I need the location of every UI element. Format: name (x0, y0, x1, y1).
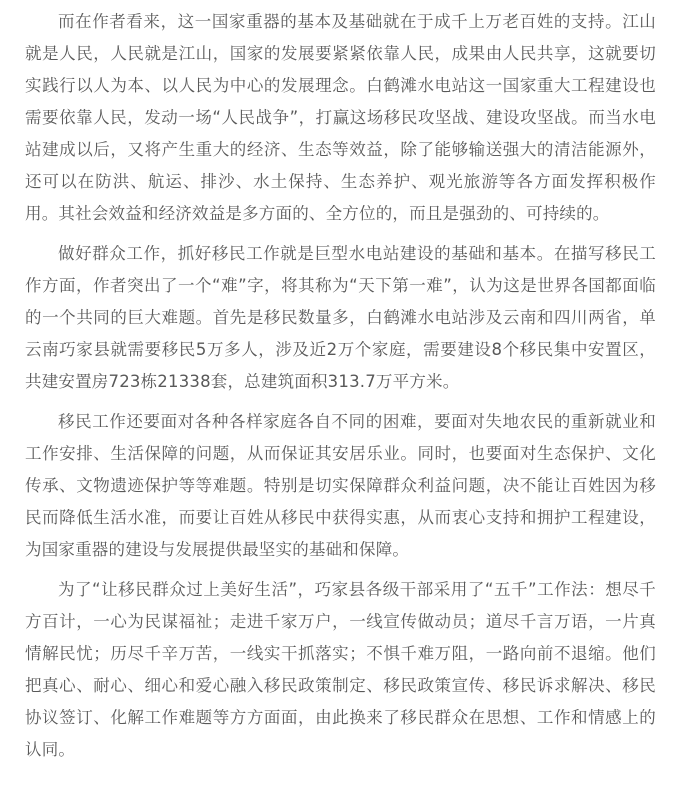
document-page: 而在作者看来，这一国家重器的基本及基础就在于成千上万老百姓的支持。江山就是人民，… (0, 0, 681, 803)
paragraph-3: 移民工作还要面对各种各样家庭各自不同的困难，要面对失地农民的重新就业和工作安排、… (25, 406, 656, 566)
paragraph-4: 为了“让移民群众过上美好生活”，巧家县各级干部采用了“五千”工作法：想尽千方百计… (25, 574, 656, 766)
paragraph-2: 做好群众工作，抓好移民工作就是巨型水电站建设的基础和基本。在描写移民工作方面，作… (25, 238, 656, 398)
paragraph-1: 而在作者看来，这一国家重器的基本及基础就在于成千上万老百姓的支持。江山就是人民，… (25, 6, 656, 230)
